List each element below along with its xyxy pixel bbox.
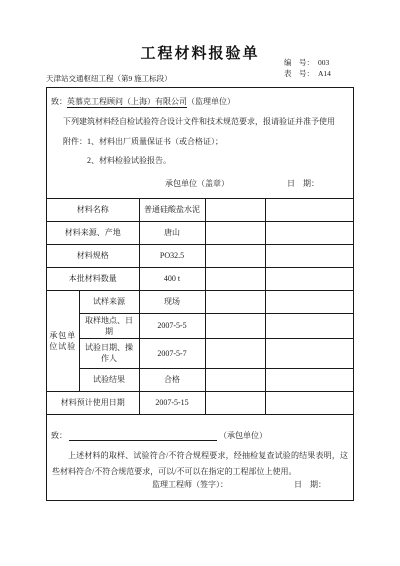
row-value: 2007-5-5 xyxy=(139,313,205,338)
empty-cell xyxy=(265,313,353,338)
row-value: PO32.5 xyxy=(139,244,205,267)
engineer-sign-row: 监理工程师（签字）： 日 期： xyxy=(47,479,353,490)
footer-to-label: 致： xyxy=(51,431,67,440)
supervisor-company: 英慕克工程顾问（上海）有限公司 xyxy=(67,97,187,108)
empty-cell xyxy=(265,338,353,368)
empty-cell xyxy=(205,198,265,221)
seal-date-label: 日 期： xyxy=(287,178,319,189)
contractor-seal-row: 承包单位（盖章） 日 期： xyxy=(47,178,353,189)
row-value: 普通硅酸盐水泥 xyxy=(139,198,205,221)
table-row: 材料预计使用日期 2007-5-15 xyxy=(47,391,353,414)
declaration-text: 下列建筑材料经自检试验符合设计文件和技术规范要求，报请验证并准予使用 xyxy=(51,117,349,127)
empty-cell xyxy=(205,338,265,368)
table-row: 取样地点、日期 2007-5-5 xyxy=(47,313,353,338)
empty-cell xyxy=(205,368,265,391)
empty-cell xyxy=(205,290,265,313)
table-row: 本批材料数量 400 t xyxy=(47,267,353,290)
row-value: 现场 xyxy=(139,290,205,313)
table-row: 承包单位试验 试样来源 现场 xyxy=(47,290,353,313)
attachment-2: 2、材料检验试验报告。 xyxy=(51,156,349,166)
empty-cell xyxy=(205,313,265,338)
row-label: 材料名称 xyxy=(47,198,139,221)
table-row: 试验日期、操作人 2007-5-7 xyxy=(47,338,353,368)
engineer-sign-label: 监理工程师（签字）： xyxy=(152,479,228,490)
sheet-number-row: 表 号：A14 xyxy=(284,68,364,79)
document-page: 工程材料报验单 编 号：003 表 号：A14 天津站交通枢纽工程（第9 施工标… xyxy=(0,0,400,566)
row-label: 材料预计使用日期 xyxy=(47,391,139,414)
sheet-number-label: 表 号： xyxy=(284,68,318,79)
to-label: 致： xyxy=(51,97,67,106)
empty-cell xyxy=(265,368,353,391)
form-body: 致：英慕克工程顾问（上海）有限公司（监理单位） 下列建筑材料经自检试验符合设计文… xyxy=(46,87,354,501)
sign-date-label: 日 期： xyxy=(294,479,326,490)
row-label: 材料来源、产地 xyxy=(47,221,139,244)
row-label: 试验结果 xyxy=(79,368,139,391)
footer-addressee-line: 致：（承包单位） xyxy=(51,431,349,441)
empty-cell xyxy=(265,391,353,414)
empty-cell xyxy=(205,267,265,290)
addressee-line: 致：英慕克工程顾问（上海）有限公司（监理单位） xyxy=(51,97,349,107)
project-name: 天津站交通枢纽工程（第9 施工标段） xyxy=(46,73,172,84)
footer-to-suffix: （承包单位） xyxy=(219,431,267,440)
row-value: 400 t xyxy=(139,267,205,290)
attachment-1: 附件：1、材料出厂质量保证书（或合格证）； xyxy=(51,137,349,147)
empty-cell xyxy=(265,267,353,290)
row-value: 唐山 xyxy=(139,221,205,244)
empty-cell xyxy=(205,391,265,414)
row-value: 合格 xyxy=(139,368,205,391)
row-label: 材料规格 xyxy=(47,244,139,267)
table-row: 试验结果 合格 xyxy=(47,368,353,391)
empty-cell xyxy=(265,244,353,267)
row-label: 试样来源 xyxy=(79,290,139,313)
empty-cell xyxy=(205,244,265,267)
row-label: 本批材料数量 xyxy=(47,267,139,290)
sheet-number-value: A14 xyxy=(318,68,331,79)
row-value: 2007-5-7 xyxy=(139,338,205,368)
contractor-seal-label: 承包单位（盖章） xyxy=(165,178,229,189)
contractor-name-blank xyxy=(69,431,217,441)
to-suffix: （监理单位） xyxy=(187,97,235,106)
form-number-label: 编 号： xyxy=(284,57,318,68)
empty-cell xyxy=(265,198,353,221)
empty-cell xyxy=(205,221,265,244)
table-row: 材料来源、产地 唐山 xyxy=(47,221,353,244)
row-value: 2007-5-15 xyxy=(139,391,205,414)
empty-cell xyxy=(265,290,353,313)
table-row: 材料名称 普通硅酸盐水泥 xyxy=(47,198,353,221)
empty-cell xyxy=(265,221,353,244)
table-row: 材料规格 PO32.5 xyxy=(47,244,353,267)
test-group-label: 承包单位试验 xyxy=(47,290,79,391)
form-number-row: 编 号：003 xyxy=(284,57,364,68)
row-label: 试验日期、操作人 xyxy=(79,338,139,368)
row-label: 取样地点、日期 xyxy=(79,313,139,338)
review-paragraph: 上述材料的取样、试验符合/不符合规程要求，经抽检复查试验的结果表明，这些材料符合… xyxy=(52,448,348,478)
material-table: 材料名称 普通硅酸盐水泥 材料来源、产地 唐山 材料规格 PO32.5 xyxy=(47,198,353,415)
form-number-value: 003 xyxy=(318,57,329,68)
form-meta: 编 号：003 表 号：A14 xyxy=(284,57,364,80)
